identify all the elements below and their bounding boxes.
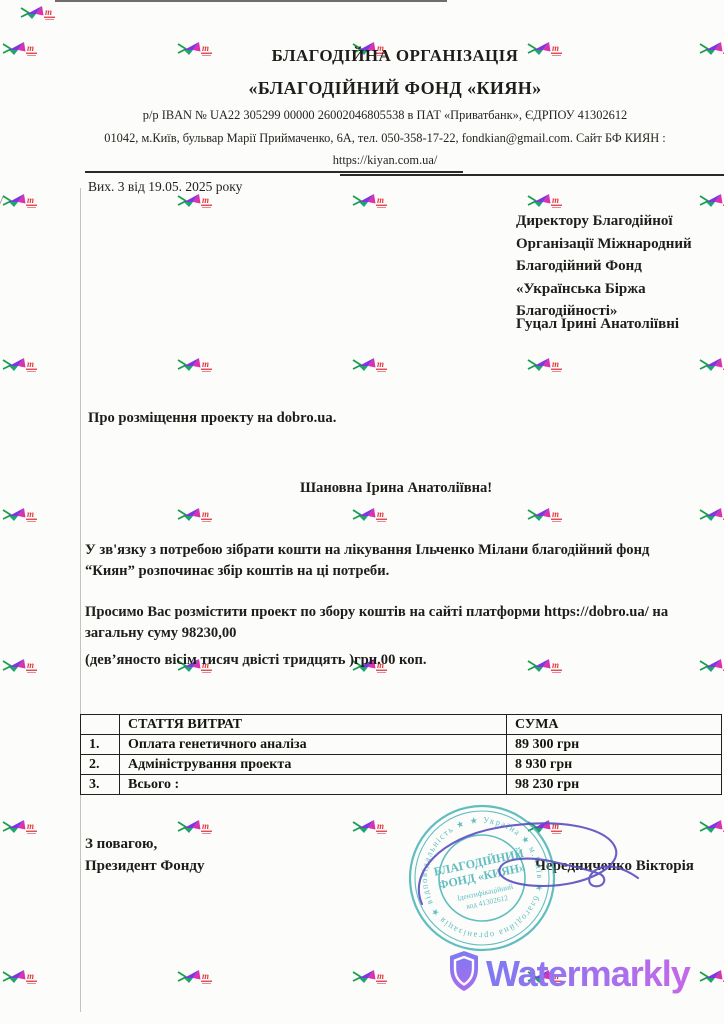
svg-text:m: m xyxy=(27,509,34,519)
svg-text:m: m xyxy=(552,509,559,519)
plane-logo-icon: m xyxy=(2,818,38,836)
plane-logo-icon: m xyxy=(352,968,388,986)
address-contact-line: 01042, м.Київ, бульвар Марії Приймаченко… xyxy=(60,131,710,146)
plane-logo-icon: m xyxy=(2,192,38,210)
subject-line: Про розміщення проекту на dobro.ua. xyxy=(88,410,336,427)
cell-number: 2. xyxy=(81,755,120,775)
watermarkly-wordmark: Watermarkly xyxy=(486,946,712,1000)
handwritten-signature xyxy=(404,812,654,932)
recipient-block: Директору Благодійної Організації Міжнар… xyxy=(516,210,716,323)
body-paragraph-3: (дев’яносто вісім тисяч двісті тридцять … xyxy=(85,650,713,671)
scan-edge-artifact xyxy=(80,188,81,1012)
svg-text:m: m xyxy=(202,971,209,981)
bank-details-line: р/р IBAN № UA22 305299 00000 26002046805… xyxy=(60,108,710,123)
salutation: Шановна Ірина Анатоліївна! xyxy=(300,480,492,497)
plane-logo-icon: m xyxy=(527,506,563,524)
plane-logo-icon: m xyxy=(352,818,388,836)
plane-logo-icon: m xyxy=(177,356,213,374)
svg-text:m: m xyxy=(27,660,34,670)
letterhead-divider xyxy=(340,174,724,176)
svg-text:m: m xyxy=(202,821,209,831)
letterhead-divider xyxy=(85,171,463,173)
body-paragraph-2: Просимо Вас розмістити проект по збору к… xyxy=(85,602,713,644)
cell-item: Всього : xyxy=(120,775,507,795)
svg-text:m: m xyxy=(202,509,209,519)
header-cell-number xyxy=(81,715,120,735)
svg-text:m: m xyxy=(27,195,34,205)
svg-text:m: m xyxy=(377,359,384,369)
scan-edge-artifact xyxy=(55,0,447,2)
closing-line: З повагою, xyxy=(85,836,157,853)
recipient-person: Гуцал Ірині Анатоліївні xyxy=(516,316,724,333)
table-row: 2. Адміністрування проекта 8 930 грн xyxy=(81,755,722,775)
closing-title: Президент Фонду xyxy=(85,858,204,875)
svg-text:m: m xyxy=(27,971,34,981)
plane-logo-icon: m xyxy=(699,506,724,524)
recipient-line: Директору Благодійної xyxy=(516,210,716,233)
cell-item: Оплата генетичного аналіза xyxy=(120,735,507,755)
header-cell-item: СТАТТЯ ВИТРАТ xyxy=(120,715,507,735)
svg-text:m: m xyxy=(552,359,559,369)
recipient-line: «Українська Біржа xyxy=(516,278,716,301)
plane-logo-icon: m xyxy=(527,192,563,210)
table-row: 1. Оплата генетичного аналіза 89 300 грн xyxy=(81,735,722,755)
plane-logo-icon: m xyxy=(177,968,213,986)
svg-text:m: m xyxy=(377,971,384,981)
plane-logo-icon: m xyxy=(2,657,38,675)
expense-table: СТАТТЯ ВИТРАТ СУМА 1. Оплата генетичного… xyxy=(80,714,722,795)
plane-logo-icon: m xyxy=(2,40,38,58)
svg-text:m: m xyxy=(27,359,34,369)
website-url: https://kiyan.com.ua/ xyxy=(60,153,710,168)
svg-text:m: m xyxy=(377,195,384,205)
plane-logo-icon: m xyxy=(699,356,724,374)
svg-text:m: m xyxy=(202,195,209,205)
plane-logo-icon: m xyxy=(2,356,38,374)
plane-logo-icon: m xyxy=(699,818,724,836)
org-name-line1: БЛАГОДІЙНА ОРГАНІЗАЦІЯ xyxy=(80,46,710,66)
cell-number: 1. xyxy=(81,735,120,755)
cell-sum: 89 300 грн xyxy=(507,735,722,755)
svg-text:m: m xyxy=(202,359,209,369)
scanned-letter-page: m m m m xyxy=(0,0,724,1024)
plane-logo-icon: m xyxy=(352,356,388,374)
svg-text:m: m xyxy=(45,7,52,17)
plane-logo-icon: m xyxy=(352,506,388,524)
cell-sum: 98 230 грн xyxy=(507,775,722,795)
watermarkly-label: Watermarkly xyxy=(486,953,691,994)
svg-text:m: m xyxy=(552,195,559,205)
header-cell-sum: СУМА xyxy=(507,715,722,735)
plane-logo-icon: m xyxy=(20,4,56,22)
table-row: 3. Всього : 98 230 грн xyxy=(81,775,722,795)
outgoing-reference: Вих. 3 від 19.05. 2025 року xyxy=(88,179,242,195)
svg-text:m: m xyxy=(377,509,384,519)
svg-text:m: m xyxy=(377,821,384,831)
plane-logo-icon: m xyxy=(352,192,388,210)
org-name-line2: «БЛАГОДІЙНИЙ ФОНД «КИЯН» xyxy=(80,78,710,99)
plane-logo-icon: m xyxy=(2,506,38,524)
cell-number: 3. xyxy=(81,775,120,795)
plane-logo-icon: m xyxy=(177,818,213,836)
plane-logo-icon: m xyxy=(699,192,724,210)
svg-text:m: m xyxy=(27,821,34,831)
cell-item: Адміністрування проекта xyxy=(120,755,507,775)
watermarkly-shield-icon xyxy=(447,950,481,992)
recipient-line: Організації Міжнародний xyxy=(516,233,716,256)
cell-sum: 8 930 грн xyxy=(507,755,722,775)
plane-logo-icon: m xyxy=(177,506,213,524)
recipient-line: Благодійний Фонд xyxy=(516,255,716,278)
plane-logo-icon: m xyxy=(527,356,563,374)
table-header-row: СТАТТЯ ВИТРАТ СУМА xyxy=(81,715,722,735)
body-paragraph-1: У зв'язку з потребою зібрати кошти на лі… xyxy=(85,540,713,582)
svg-text:m: m xyxy=(27,43,34,53)
plane-logo-icon: m xyxy=(2,968,38,986)
